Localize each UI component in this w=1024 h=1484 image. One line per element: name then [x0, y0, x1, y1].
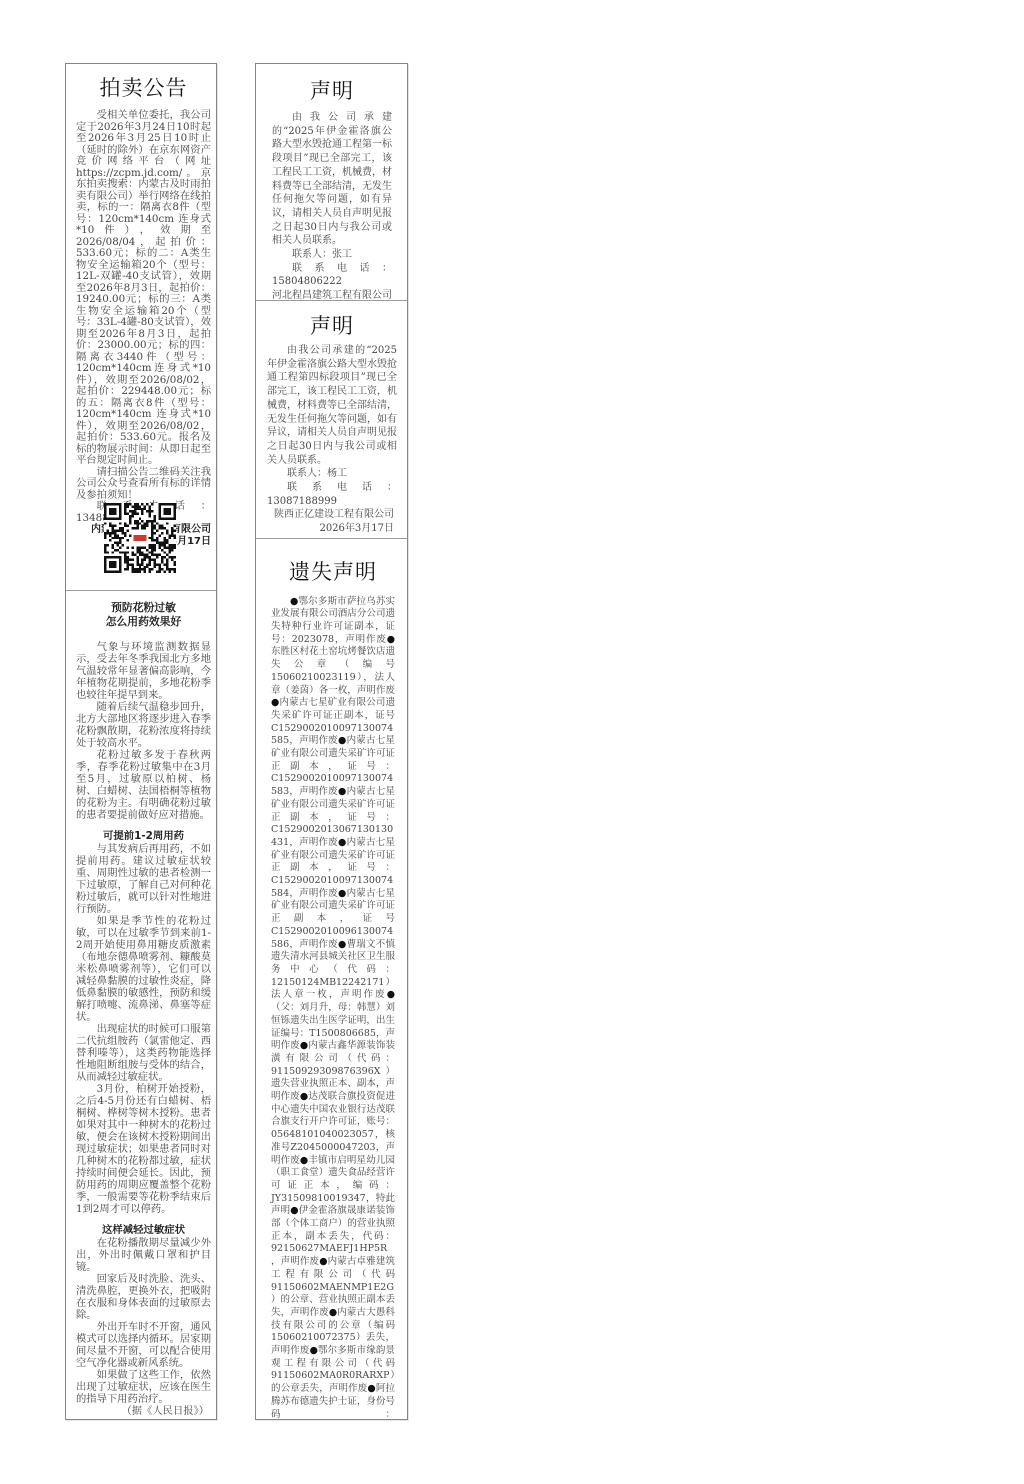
auction-notice: 拍卖公告 受相关单位委托，我公司定于2026年3月24日10时起至2026年3月…	[66, 64, 216, 591]
auction-body: 受相关单位委托，我公司定于2026年3月24日10时起至2026年3月25日10…	[76, 110, 211, 547]
article-paragraph: 回家后及时洗脸、洗头、清洗鼻腔，更换外衣，把吸附在衣服和身体表面的过敏原去除。	[76, 1273, 211, 1321]
right-column-box: 声明 由我公司承建的“2025年伊金霍洛旗公路大型水毁抢通工程第一标段项目”现已…	[255, 63, 408, 1420]
article-paragraph: 随着后续气温稳步回升，北方大部地区将逐步进入春季花粉飘散期，花粉浓度将持续处于较…	[76, 701, 211, 749]
bullet-icon: ●	[367, 1383, 375, 1394]
statement-contact-phone: 联系电话：13087188999	[267, 481, 397, 508]
auction-paragraph: 受相关单位委托，我公司定于2026年3月24日10时起至2026年3月25日10…	[76, 110, 211, 467]
bullet-icon: ●	[338, 786, 347, 797]
statement-title: 声明	[272, 79, 392, 103]
bullet-icon: ●	[338, 939, 347, 950]
qr-logo-icon	[131, 530, 148, 547]
statement-body: 由我公司承建的“2025年伊金霍洛旗公路大型水毁抢通工程第一标段项目”现已全部完…	[272, 111, 392, 301]
statement-2: 声明 由我公司承建的“2025年伊金霍洛旗公路大型水毁抢通工程第四标段项目”现已…	[256, 302, 407, 539]
bullet-icon: ●	[387, 634, 395, 645]
article-headline: 预防花粉过敏 怎么用药效果好	[76, 601, 211, 629]
statement-company: 河北程昌建筑工程有限公司	[272, 289, 392, 301]
article-paragraph: 在花粉播散期尽量减少外出，外出时佩戴口罩和护目镜。	[76, 1237, 211, 1273]
statement-contact-person: 联系人：张工	[272, 248, 392, 262]
article-paragraph: 外出开车时不开窗，通风模式可以选择内循环。居家期间尽量不开窗，可以配合使用空气净…	[76, 1321, 211, 1369]
pollen-allergy-article: 预防花粉过敏 怎么用药效果好 气象与环境监测数据显示，受去年冬季我国北方多地气温…	[66, 592, 216, 1419]
left-column-box: 拍卖公告 受相关单位委托，我公司定于2026年3月24日10时起至2026年3月…	[65, 63, 217, 1420]
article-source: （据《人民日报》）	[76, 1405, 211, 1417]
statement-body: 由我公司承建的“2025年伊金霍洛旗公路大型水毁抢通工程第四标段项目”现已全部完…	[267, 344, 397, 536]
article-paragraph: 与其发病后再用药，不如提前用药。建议过敏症状较重、周期性过敏的患者检测一下过敏原…	[76, 843, 211, 915]
article-body: 气象与环境监测数据显示，受去年冬季我国北方多地气温较常年显著偏高影响，今年植物花…	[76, 641, 211, 1417]
article-paragraph: 花粉过敏多发于春秋两季，春季花粉过敏集中在3月至5月，过敏原以柏树、杨树、白蜡树…	[76, 749, 211, 821]
lost-notice: 遗失声明 ●鄂尔多斯市萨拉乌苏实业发展有限公司酒店分公司遗失特种行业许可证副本，…	[256, 540, 407, 1419]
bullet-icon: ●	[387, 989, 395, 1000]
auction-paragraph: 请扫描公告二维码关注我公司公众号查看所有标的详情及参拍须知！	[76, 467, 211, 502]
bullet-icon: ●	[338, 888, 347, 899]
article-headline-line: 预防花粉过敏	[76, 601, 211, 615]
lost-notice-paragraph: ●鄂尔多斯市萨拉乌苏实业发展有限公司酒店分公司遗失特种行业许可证副本，证号：20…	[271, 596, 395, 1419]
bullet-icon: ●	[338, 735, 347, 746]
article-paragraph: 出现症状的时候可口服第二代抗组胺药（氯雷他定、西替利嗪等），这类药物能选择性地阻…	[76, 1023, 211, 1083]
lost-notice-body: ●鄂尔多斯市萨拉乌苏实业发展有限公司酒店分公司遗失特种行业许可证副本，证号：20…	[271, 596, 395, 1419]
bullet-icon: ●	[338, 837, 347, 848]
statement-contact-person: 联系人：杨工	[267, 467, 397, 481]
statement-paragraph: 由我公司承建的“2025年伊金霍洛旗公路大型水毁抢通工程第一标段项目”现已全部完…	[272, 111, 392, 248]
article-subheading: 可提前1-2周用药	[76, 830, 211, 843]
bullet-icon: ●	[310, 1345, 318, 1356]
article-paragraph: 如果做了这些工作，依然出现了过敏症状，应该在医生的指导下用药治疗。	[76, 1369, 211, 1405]
statement-paragraph: 由我公司承建的“2025年伊金霍洛旗公路大型水毁抢通工程第四标段项目”现已全部完…	[267, 344, 397, 467]
article-paragraph: 3月份，柏树开始授粉，之后4-5月份还有白蜡树、梧桐树、桦树等树木授粉。患者如果…	[76, 1083, 211, 1215]
bullet-icon: ●	[290, 1205, 298, 1216]
auction-title: 拍卖公告	[76, 76, 211, 100]
qr-code-icon	[104, 503, 176, 573]
statement-date: 2026年3月17日	[267, 522, 397, 536]
lost-item: ●鄂尔多斯市萨拉乌苏实业发展有限公司酒店分公司遗失特种行业许可证副本，证号：20…	[271, 596, 395, 645]
article-paragraph: 气象与环境监测数据显示，受去年冬季我国北方多地气温较常年显著偏高影响，今年植物花…	[76, 641, 211, 701]
bullet-icon: ●	[319, 1256, 327, 1267]
statement-1: 声明 由我公司承建的“2025年伊金霍洛旗公路大型水毁抢通工程第一标段项目”现已…	[256, 64, 407, 301]
article-headline-line: 怎么用药效果好	[76, 615, 211, 629]
lost-item-text: 东胜区村花土窑坑烤餐饮店遗失公章（编号15060210023119），法人章（姜…	[271, 646, 395, 695]
lost-notice-title: 遗失声明	[271, 560, 395, 584]
statement-company: 陕西正亿建设工程有限公司	[267, 508, 397, 522]
statement-title: 声明	[267, 314, 397, 338]
statement-contact-phone: 联系电话：15804806222	[272, 262, 392, 289]
article-paragraph: 如果是季节性的花粉过敏，可以在过敏季节到来前1-2周开始使用鼻用糖皮质激素（布地…	[76, 915, 211, 1023]
article-subheading: 这样减轻过敏症状	[76, 1224, 211, 1237]
